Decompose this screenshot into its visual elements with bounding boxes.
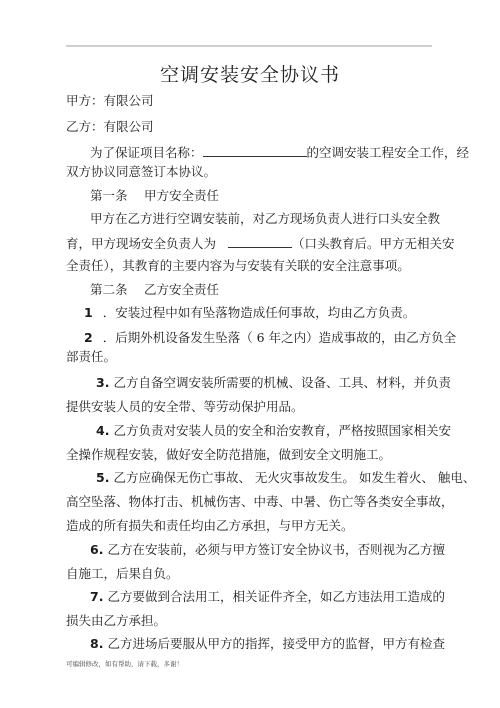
clause-3-cont: 提供安装人员的安全带、等劳动保护用品。 xyxy=(66,399,304,415)
clause-7: 7. 乙方要做到合法用工，相关证件齐全，如乙方违法用工造成的 xyxy=(90,589,445,605)
clause-5: 5. 乙方应确保无伤亡事故、 无火灾事故发生。 如发生着火、 触电、 xyxy=(96,470,475,486)
article-1-heading: 第一条 甲方安全责任 xyxy=(90,188,219,204)
clause-8: 8. 乙方进场后要服从甲方的指挥，接受甲方的监督，甲方有检查 xyxy=(90,636,445,652)
clause-3: 3. 乙方自备空调安装所需要的机械、设备、工具、材料，并负责 xyxy=(96,375,451,391)
clause-4: 4. 乙方负责对安装人员的安全和治安教育，严格按照国家相关安 xyxy=(96,423,451,439)
project-name-blank[interactable] xyxy=(203,144,307,157)
header-rule xyxy=(66,45,432,47)
article-2-heading: 第二条 乙方安全责任 xyxy=(90,282,219,298)
article-1-line-2-suffix: （口头教育后。甲方无相关安 xyxy=(292,236,455,251)
party-b: 乙方：有限公司 xyxy=(66,119,154,135)
clause-6-cont: 自施工，后果自负。 xyxy=(66,566,179,582)
article-1-line-2-prefix: 育，甲方现场安全负责人为 xyxy=(66,236,216,251)
safety-officer-blank[interactable] xyxy=(228,235,292,248)
clause-4-cont: 全操作规程安装，做好安全防范措施，做到安全文明施工。 xyxy=(66,447,391,463)
article-1-line-3: 全责任），其教育的主要内容为与安装有关联的安全注意事项。 xyxy=(66,258,410,274)
party-a: 甲方：有限公司 xyxy=(66,93,154,109)
article-1-line-1: 甲方在乙方进行空调安装前，对乙方现场负责人进行口头安全教 xyxy=(90,211,440,227)
clause-1: 1．安装过程中如有坠落物造成任何事故，均由乙方负责。 xyxy=(84,305,415,321)
document-title: 空调安装安全协议书 xyxy=(0,60,500,87)
intro-prefix: 为了保证项目名称： xyxy=(90,145,203,160)
clause-2-cont: 部责任。 xyxy=(66,349,116,365)
clause-5-cont-2: 造成的所有损失和责任均由乙方承担，与甲方无关。 xyxy=(66,518,354,534)
clause-5-cont-1: 高空坠落、物体打击、机械伤害、中毒、中暑、伤亡等各类安全事故， xyxy=(66,494,454,510)
intro-line-1: 为了保证项目名称：的空调安装工程安全工作，经 xyxy=(90,144,469,161)
clause-7-cont: 损失由乙方承担。 xyxy=(66,613,166,629)
footer-note: 可编辑修改，如有帮助，请下载，多谢！ xyxy=(66,659,183,668)
article-1-line-2: 育，甲方现场安全负责人为（口头教育后。甲方无相关安 xyxy=(66,235,455,252)
intro-suffix: 的空调安装工程安全工作，经 xyxy=(307,145,470,160)
intro-line-2: 双方协议同意签订本协议。 xyxy=(66,164,216,180)
clause-6: 6. 乙方在安装前，必须与甲方签订安全协议书，否则视为乙方擅 xyxy=(90,542,445,558)
clause-2: 2．后期外机设备发生坠落（ 6 年之内）造成事故的，由乙方负全 xyxy=(84,330,456,346)
